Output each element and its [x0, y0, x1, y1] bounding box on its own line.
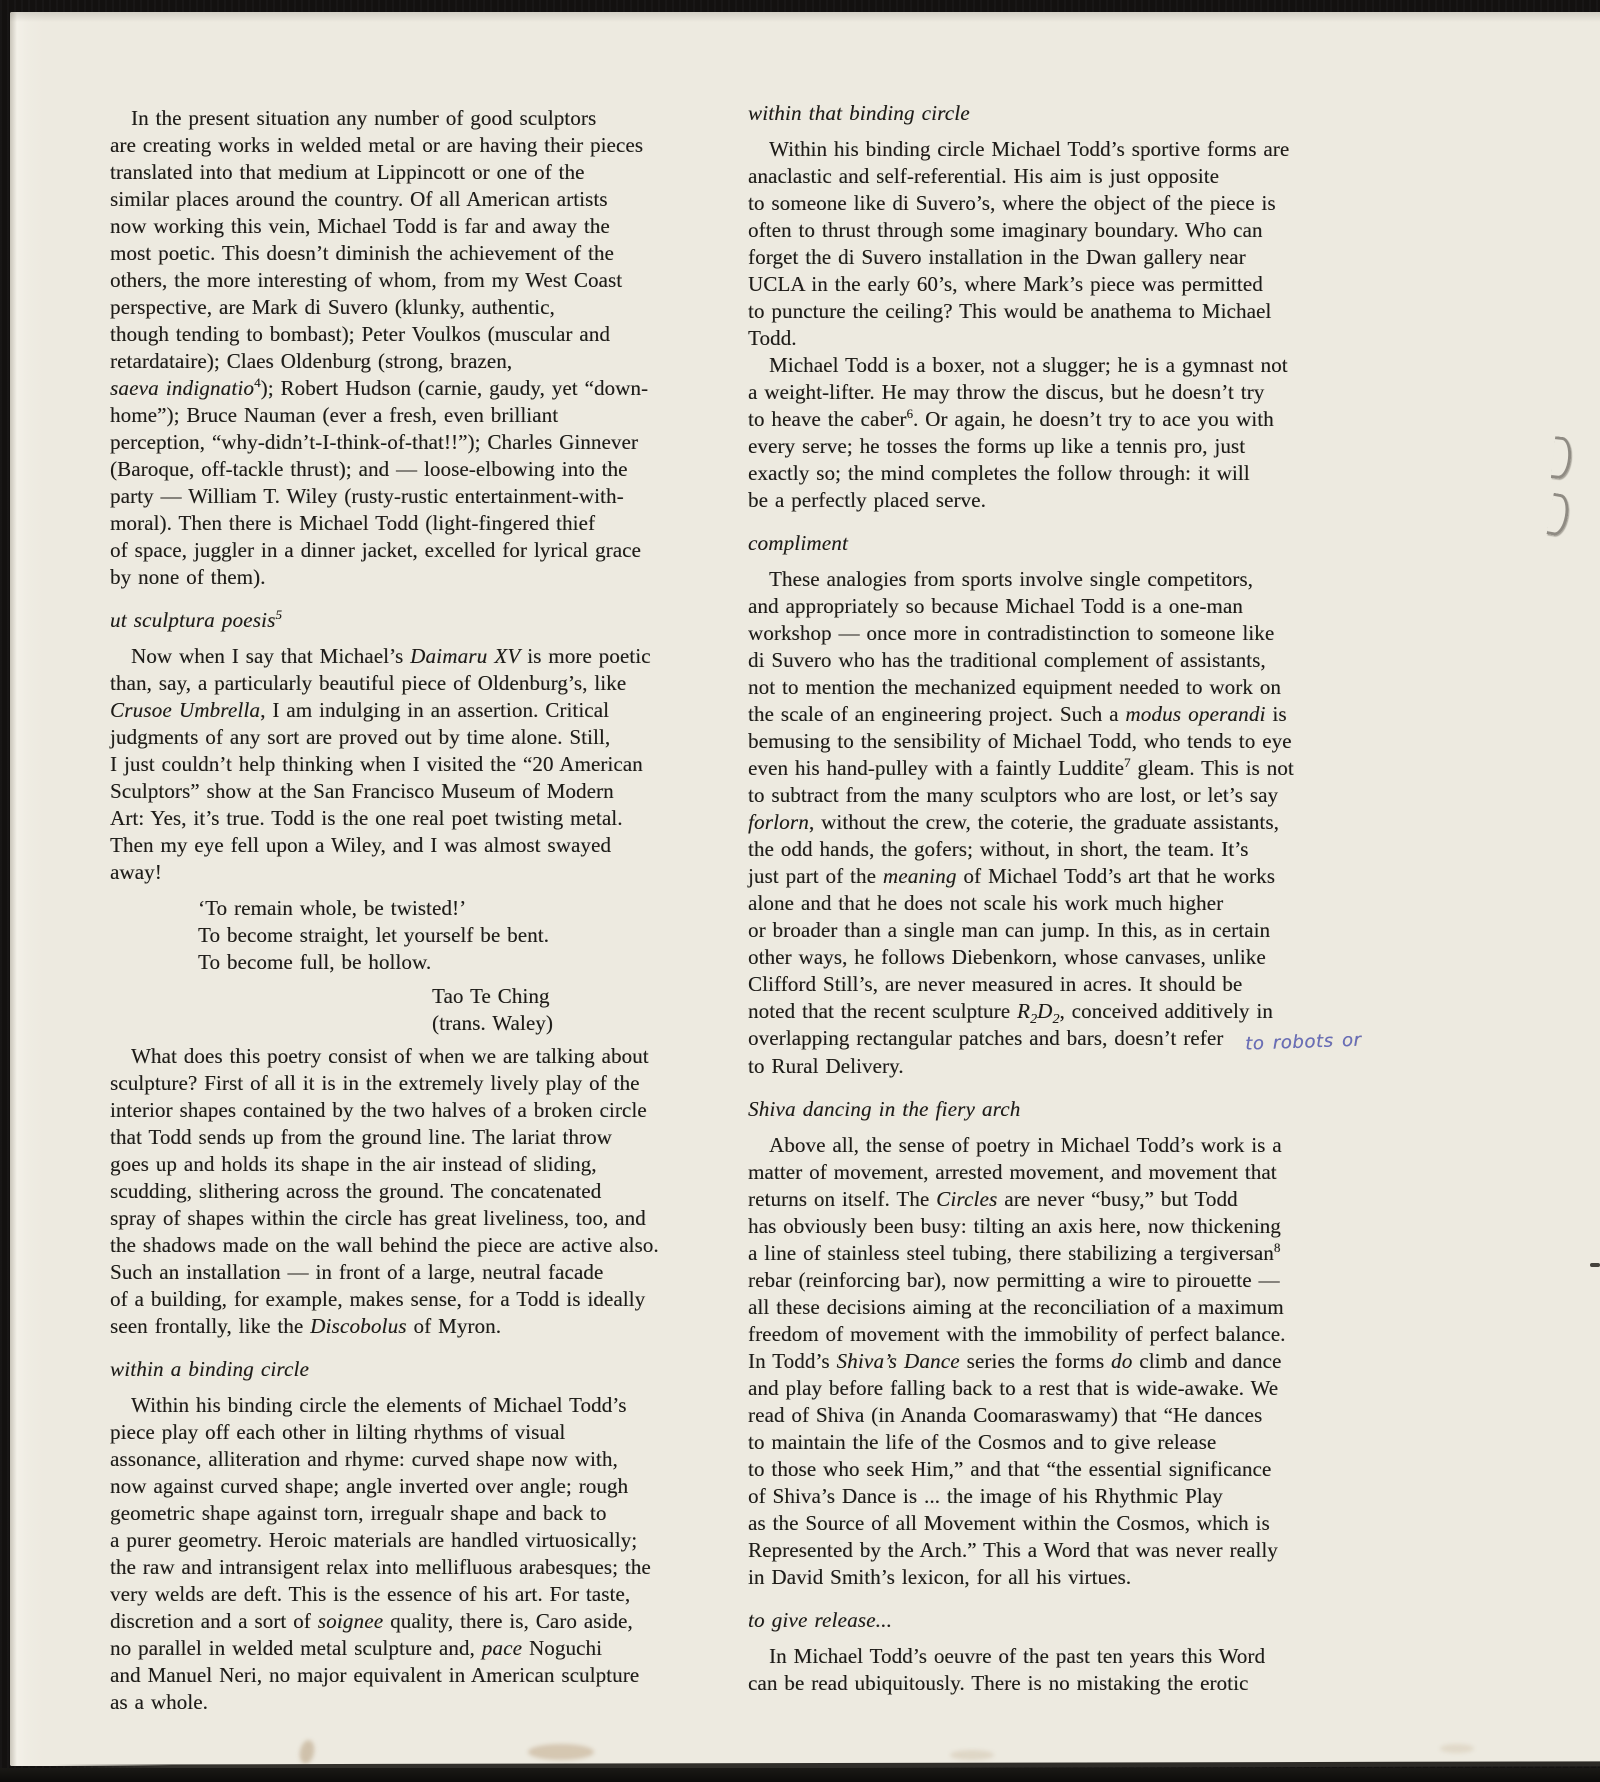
section-heading: Shiva dancing in the fiery arch	[748, 1096, 1376, 1123]
paragraph: Within his binding circle the elements o…	[110, 1392, 738, 1716]
paper-stain	[950, 1750, 994, 1760]
paragraph: Michael Todd is a boxer, not a slugger; …	[748, 352, 1376, 514]
paragraph: Now when I say that Michael’s Daimaru XV…	[110, 643, 738, 886]
right-text-column: within that binding circleWithin his bin…	[748, 100, 1376, 1697]
paragraph: These analogies from sports involve sing…	[748, 566, 1376, 1080]
section-heading: within a binding circle	[110, 1356, 738, 1383]
paragraph: Above all, the sense of poetry in Michae…	[748, 1132, 1376, 1591]
scanned-page: In the present situation any number of g…	[0, 0, 1600, 1782]
section-heading: compliment	[748, 530, 1376, 557]
scan-edge-bottom	[0, 1768, 1600, 1782]
quote-attribution: Tao Te Ching(trans. Waley)	[432, 983, 738, 1037]
paragraph: In Michael Todd’s oeuvre of the past ten…	[748, 1643, 1376, 1697]
section-heading: to give release...	[748, 1607, 1376, 1634]
paragraph: In the present situation any number of g…	[110, 105, 738, 591]
left-text-column: In the present situation any number of g…	[110, 105, 738, 1716]
paper-sheet: In the present situation any number of g…	[10, 12, 1600, 1766]
section-heading: ut sculptura poesis5	[110, 607, 738, 634]
handwritten-annotation: to robots or	[1224, 1027, 1362, 1059]
section-heading: within that binding circle	[748, 100, 1376, 127]
block-quote: ‘To remain whole, be twisted!’To become …	[198, 895, 738, 976]
paper-stain	[1440, 1744, 1474, 1753]
paragraph: What does this poetry consist of when we…	[110, 1043, 738, 1340]
paper-stain	[528, 1744, 594, 1760]
paragraph: Within his binding circle Michael Todd’s…	[748, 136, 1376, 352]
page-edge-mark	[1590, 1263, 1600, 1267]
